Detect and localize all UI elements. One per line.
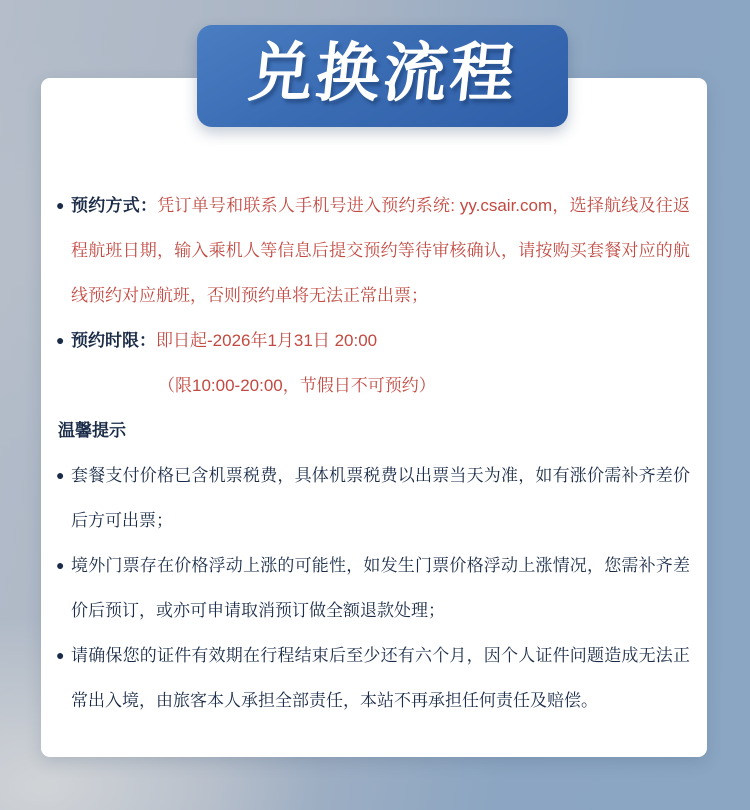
bullet-icon: ● bbox=[56, 183, 64, 228]
tip-text: 套餐支付价格已含机票税费，具体机票税费以出票当天为准，如有涨价需补齐差价后方可出… bbox=[71, 466, 690, 530]
tips-heading: 温馨提示 bbox=[58, 408, 690, 453]
notice-content: ●预约方式：凭订单号和联系人手机号进入预约系统: yy.csair.com，选择… bbox=[58, 183, 690, 723]
tip-text: 境外门票存在价格浮动上涨的可能性，如发生门票价格浮动上涨情况，您需补齐差价后预订… bbox=[71, 556, 690, 620]
title-banner: 兑换流程 bbox=[197, 25, 568, 127]
booking-method-text: 凭订单号和联系人手机号进入预约系统: yy.csair.com，选择航线及往返程… bbox=[71, 196, 690, 305]
booking-deadline-note: （限10:00-20:00，节假日不可预约） bbox=[58, 363, 690, 408]
tip-item: ●境外门票存在价格浮动上涨的可能性，如发生门票价格浮动上涨情况，您需补齐差价后预… bbox=[58, 543, 690, 633]
bullet-icon: ● bbox=[56, 543, 64, 588]
bullet-icon: ● bbox=[56, 318, 64, 363]
page-title: 兑换流程 bbox=[245, 41, 520, 111]
booking-deadline-item: ●预约时限：即日起-2026年1月31日 20:00 bbox=[58, 318, 690, 363]
booking-deadline-label: 预约时限： bbox=[71, 331, 156, 350]
redemption-notice-page: 兑换流程 ●预约方式：凭订单号和联系人手机号进入预约系统: yy.csair.c… bbox=[0, 0, 750, 810]
tip-item: ●套餐支付价格已含机票税费，具体机票税费以出票当天为准，如有涨价需补齐差价后方可… bbox=[58, 453, 690, 543]
tip-text: 请确保您的证件有效期在行程结束后至少还有六个月，因个人证件问题造成无法正常出入境… bbox=[71, 646, 690, 710]
tip-item: ●请确保您的证件有效期在行程结束后至少还有六个月，因个人证件问题造成无法正常出入… bbox=[58, 633, 690, 723]
booking-deadline-text: 即日起-2026年1月31日 20:00 bbox=[156, 331, 377, 350]
booking-method-item: ●预约方式：凭订单号和联系人手机号进入预约系统: yy.csair.com，选择… bbox=[58, 183, 690, 318]
bullet-icon: ● bbox=[56, 633, 64, 678]
booking-method-label: 预约方式： bbox=[71, 196, 157, 215]
bullet-icon: ● bbox=[56, 453, 64, 498]
